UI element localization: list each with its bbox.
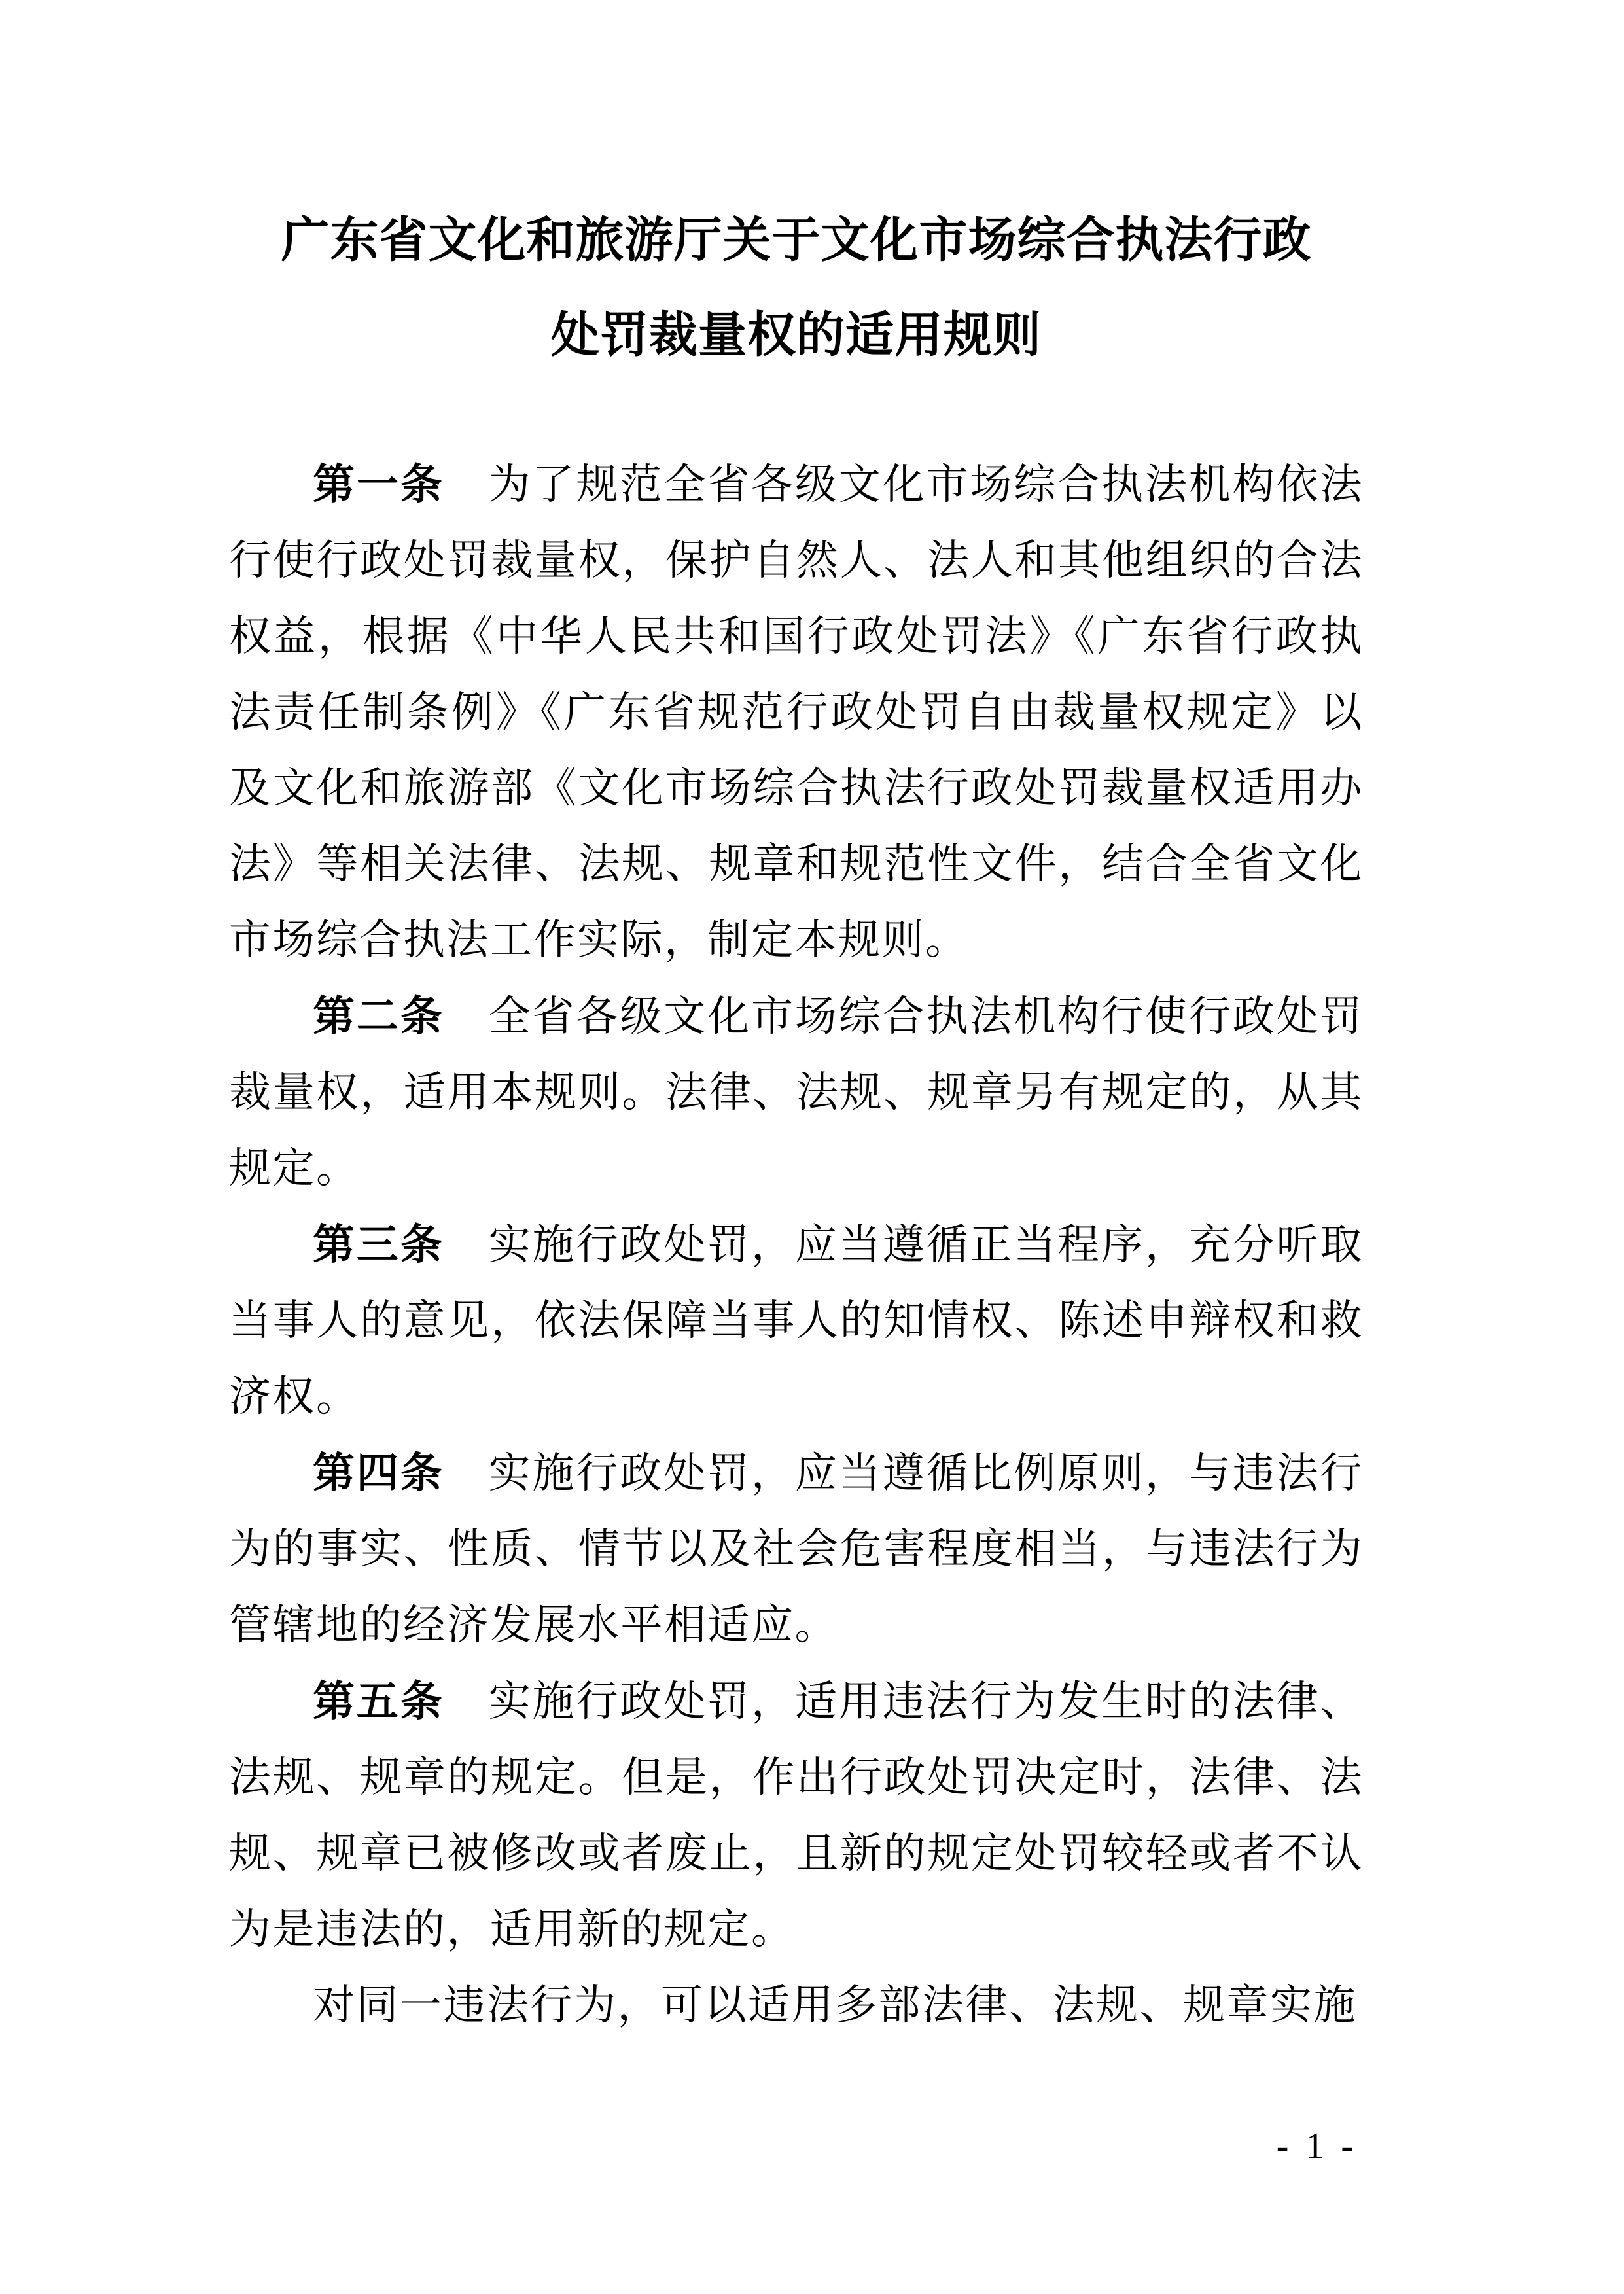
page-number: - 1 - (1277, 2125, 1357, 2167)
article-paragraph-4: 第四条实施行政处罚，应当遵循比例原则，与违法行为的事实、性质、情节以及社会危害程… (229, 1435, 1364, 1663)
article-number-2: 第二条 (313, 993, 444, 1040)
document-title: 广东省文化和旅游厅关于文化市场综合执法行政 处罚裁量权的适用规则 (229, 194, 1364, 383)
document-title-line-2: 处罚裁量权的适用规则 (229, 289, 1364, 383)
article-paragraph-3: 第三条实施行政处罚，应当遵循正当程序，充分听取当事人的意见，依法保障当事人的知情… (229, 1207, 1364, 1435)
document-page: 广东省文化和旅游厅关于文化市场综合执法行政 处罚裁量权的适用规则 第一条为了规范… (0, 0, 1624, 2294)
article-number-5: 第五条 (313, 1678, 444, 1725)
document-body: 第一条为了规范全省各级文化市场综合执法机构依法行使行政处罚裁量权，保护自然人、法… (229, 446, 1364, 2043)
article-number-1: 第一条 (313, 461, 444, 508)
article-paragraph-6: 对同一违法行为，可以适用多部法律、法规、规章实施 (229, 1968, 1364, 2043)
article-paragraph-2: 第二条全省各级文化市场综合执法机构行使行政处罚裁量权，适用本规则。法律、法规、规… (229, 978, 1364, 1207)
document-title-line-1: 广东省文化和旅游厅关于文化市场综合执法行政 (229, 194, 1364, 289)
document-content: 广东省文化和旅游厅关于文化市场综合执法行政 处罚裁量权的适用规则 第一条为了规范… (229, 194, 1364, 2043)
article-paragraph-1: 第一条为了规范全省各级文化市场综合执法机构依法行使行政处罚裁量权，保护自然人、法… (229, 446, 1364, 978)
article-text-6: 对同一违法行为，可以适用多部法律、法规、规章实施 (313, 1982, 1357, 2028)
article-paragraph-5: 第五条实施行政处罚，适用违法行为发生时的法律、法规、规章的规定。但是，作出行政处… (229, 1663, 1364, 1968)
article-number-3: 第三条 (313, 1221, 444, 1268)
article-number-4: 第四条 (313, 1449, 444, 1496)
article-text-1: 为了规范全省各级文化市场综合执法机构依法行使行政处罚裁量权，保护自然人、法人和其… (229, 461, 1364, 963)
